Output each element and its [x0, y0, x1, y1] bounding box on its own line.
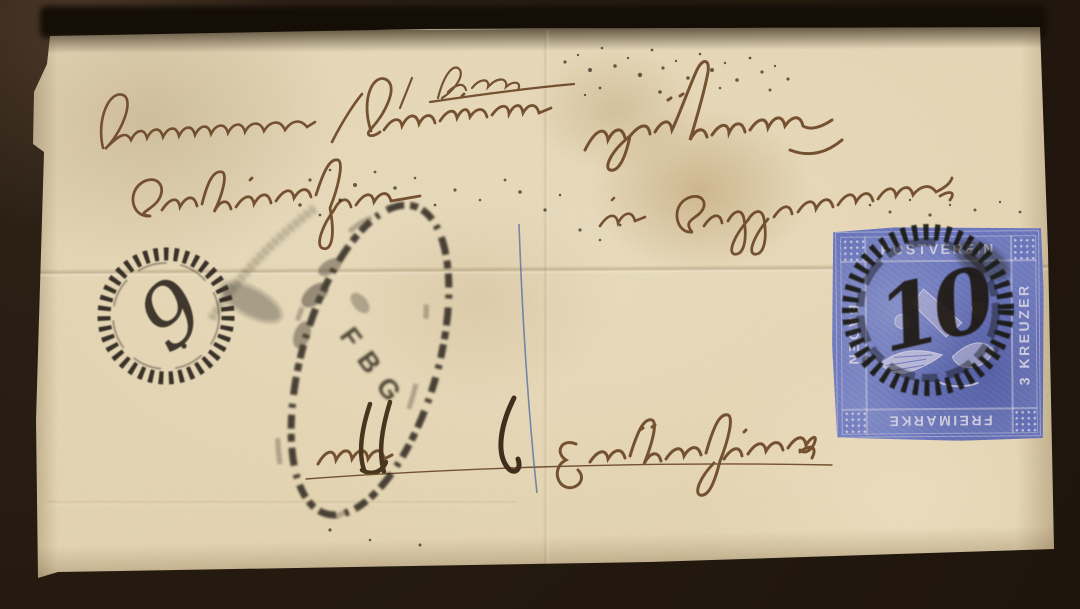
folded-letter-cover: 9 FBG POSTVEREIN FREIMARKE [0, 0, 1080, 609]
numeral-10-cancel: 10 [826, 210, 1030, 414]
oval-frame-handstamp: FBG [210, 175, 550, 565]
photo-of-postal-cover: 9 FBG POSTVEREIN FREIMARKE [0, 0, 1080, 609]
oval-handstamp-letters: FBG [334, 322, 415, 417]
